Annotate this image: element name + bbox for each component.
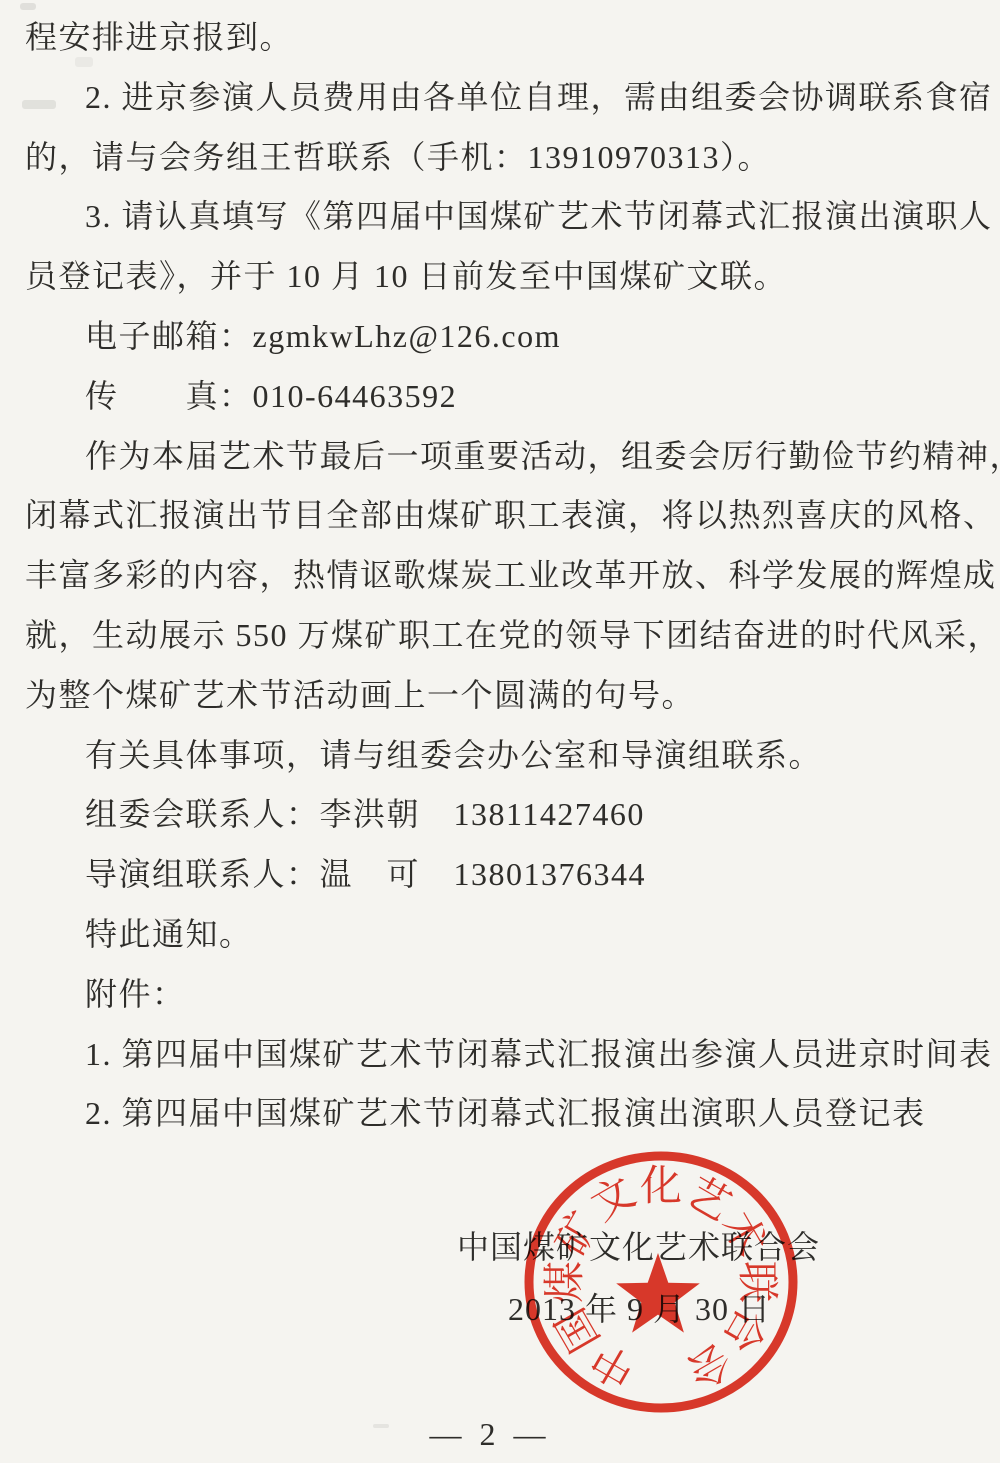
seal-char: 联 <box>733 1261 779 1303</box>
document-line: 作为本届艺术节最后一项重要活动，组委会厉行勤俭节约精神， <box>0 427 1000 487</box>
scan-artifact <box>373 1424 389 1428</box>
seal-char: 化 <box>640 1164 682 1210</box>
scan-artifact <box>20 3 36 10</box>
official-seal: 中国煤矿文化艺术联合会 <box>524 1151 798 1414</box>
document-line: 员登记表》，并于 10 月 10 日前发至中国煤矿文联。 <box>0 247 1000 307</box>
document-line: 传 真：010-64463592 <box>0 367 1000 427</box>
document-body: 程安排进京报到。2. 进京参演人员费用由各单位自理，需由组委会协调联系食宿的，请… <box>0 8 1000 1144</box>
document-line: 的，请与会务组王哲联系（手机：13910970313）。 <box>0 128 1000 188</box>
seal-char: 煤 <box>543 1261 589 1303</box>
document-line: 1. 第四届中国煤矿艺术节闭幕式汇报演出参演人员进京时间表 <box>0 1025 1000 1085</box>
document-line: 有关具体事项，请与组委会办公室和导演组联系。 <box>0 726 1000 786</box>
scan-artifact <box>22 100 56 109</box>
document-line: 电子邮箱：zgmkwLhz@126.com <box>0 307 1000 367</box>
document-line: 2. 进京参演人员费用由各单位自理，需由组委会协调联系食宿 <box>0 68 1000 128</box>
scan-artifact <box>75 57 93 67</box>
document-line: 为整个煤矿艺术节活动画上一个圆满的句号。 <box>0 666 1000 726</box>
document-line: 导演组联系人：温 可 13801376344 <box>0 845 1000 905</box>
page-number: — 2 — <box>390 1416 590 1453</box>
document-line: 特此通知。 <box>0 905 1000 965</box>
star-icon <box>616 1253 700 1333</box>
document-line: 闭幕式汇报演出节目全部由煤矿职工表演，将以热烈喜庆的风格、 <box>0 486 1000 546</box>
document-line: 丰富多彩的内容，热情讴歌煤炭工业改革开放、科学发展的辉煌成 <box>0 546 1000 606</box>
document-line: 组委会联系人：李洪朝 13811427460 <box>0 785 1000 845</box>
document-page: 程安排进京报到。2. 进京参演人员费用由各单位自理，需由组委会协调联系食宿的，请… <box>0 0 1000 1463</box>
document-line: 附件： <box>0 965 1000 1025</box>
document-line: 程安排进京报到。 <box>0 8 1000 68</box>
document-line: 3. 请认真填写《第四届中国煤矿艺术节闭幕式汇报演出演职人 <box>0 187 1000 247</box>
document-line: 2. 第四届中国煤矿艺术节闭幕式汇报演出演职人员登记表 <box>0 1084 1000 1144</box>
document-line: 就，生动展示 550 万煤矿职工在党的领导下团结奋进的时代风采， <box>0 606 1000 666</box>
